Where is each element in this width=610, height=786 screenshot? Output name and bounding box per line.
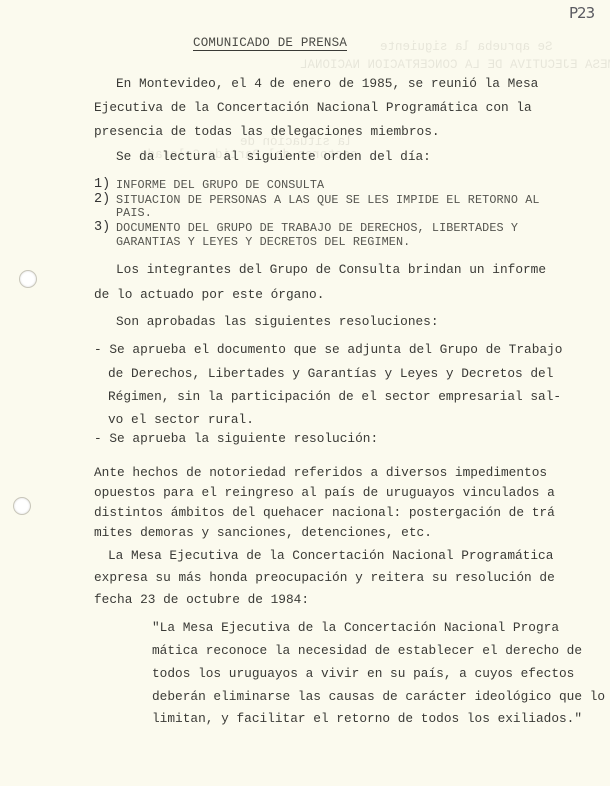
hechos-line: mites demoras y sanciones, detenciones, … bbox=[94, 525, 432, 540]
resolution-1-line: - Se aprueba el documento que se adjunta… bbox=[94, 342, 562, 357]
intro-line: Ejecutiva de la Concertación Nacional Pr… bbox=[94, 100, 532, 115]
document-page: Se aprueba la siguiente LA MESA EJECUTIV… bbox=[0, 0, 610, 786]
agenda-item: GARANTIAS Y LEYES Y DECRETOS DEL REGIMEN… bbox=[116, 235, 410, 250]
punch-hole-icon bbox=[19, 270, 37, 288]
mesa-line: expresa su más honda preocupación y reit… bbox=[94, 570, 555, 585]
quote-line: limitan, y facilitar el retorno de todos… bbox=[152, 711, 582, 726]
hechos-line: Ante hechos de notoriedad referidos a di… bbox=[94, 465, 547, 480]
intro-line: En Montevideo, el 4 de enero de 1985, se… bbox=[116, 76, 538, 91]
resoluciones-intro: Son aprobadas las siguientes resolucione… bbox=[116, 314, 439, 329]
quote-line: mática reconoce la necesidad de establec… bbox=[152, 643, 582, 658]
agenda-item: INFORME DEL GRUPO DE CONSULTA bbox=[116, 178, 324, 193]
bleed-through-text: Se aprueba la siguiente bbox=[380, 40, 553, 54]
consulta-line: Los integrantes del Grupo de Consulta br… bbox=[116, 262, 546, 277]
bleed-through-text: LA MESA EJECUTIVA DE LA CONCERTACION NAC… bbox=[300, 58, 610, 72]
resolution-1-line: vo el sector rural. bbox=[108, 412, 254, 427]
quote-line: "La Mesa Ejecutiva de la Concertación Na… bbox=[152, 620, 559, 635]
intro-line: presencia de todas las delegaciones miem… bbox=[94, 124, 440, 139]
hechos-line: opuestos para el reingreso al país de ur… bbox=[94, 485, 555, 500]
resolution-2-line: - Se aprueba la siguiente resolución: bbox=[94, 431, 378, 446]
consulta-line: de lo actuado por este órgano. bbox=[94, 287, 324, 302]
agenda-item: SITUACION DE PERSONAS A LAS QUE SE LES I… bbox=[116, 193, 540, 208]
resolution-1-line: de Derechos, Libertades y Garantías y Le… bbox=[108, 366, 553, 381]
agenda-item: PAIS. bbox=[116, 206, 152, 221]
document-title: COMUNICADO DE PRENSA bbox=[193, 36, 347, 51]
agenda-number: 2) bbox=[94, 192, 110, 207]
resolution-1-line: Régimen, sin la participación de el sect… bbox=[108, 389, 561, 404]
punch-hole-icon bbox=[13, 497, 31, 515]
mesa-line: La Mesa Ejecutiva de la Concertación Nac… bbox=[108, 548, 553, 563]
hechos-line: distintos ámbitos del quehacer nacional:… bbox=[94, 505, 555, 520]
handwritten-page-mark: P23 bbox=[569, 4, 594, 22]
mesa-line: fecha 23 de octubre de 1984: bbox=[94, 592, 309, 607]
agenda-number: 3) bbox=[94, 220, 110, 235]
agenda-number: 1) bbox=[94, 177, 110, 192]
agenda-intro: Se da lectura al siguiente orden del día… bbox=[116, 149, 431, 164]
agenda-item: DOCUMENTO DEL GRUPO DE TRABAJO DE DERECH… bbox=[116, 221, 518, 236]
quote-line: todos los uruguayos a vivir en su país, … bbox=[152, 666, 574, 681]
quote-line: deberán eliminarse las causas de carácte… bbox=[152, 689, 605, 704]
